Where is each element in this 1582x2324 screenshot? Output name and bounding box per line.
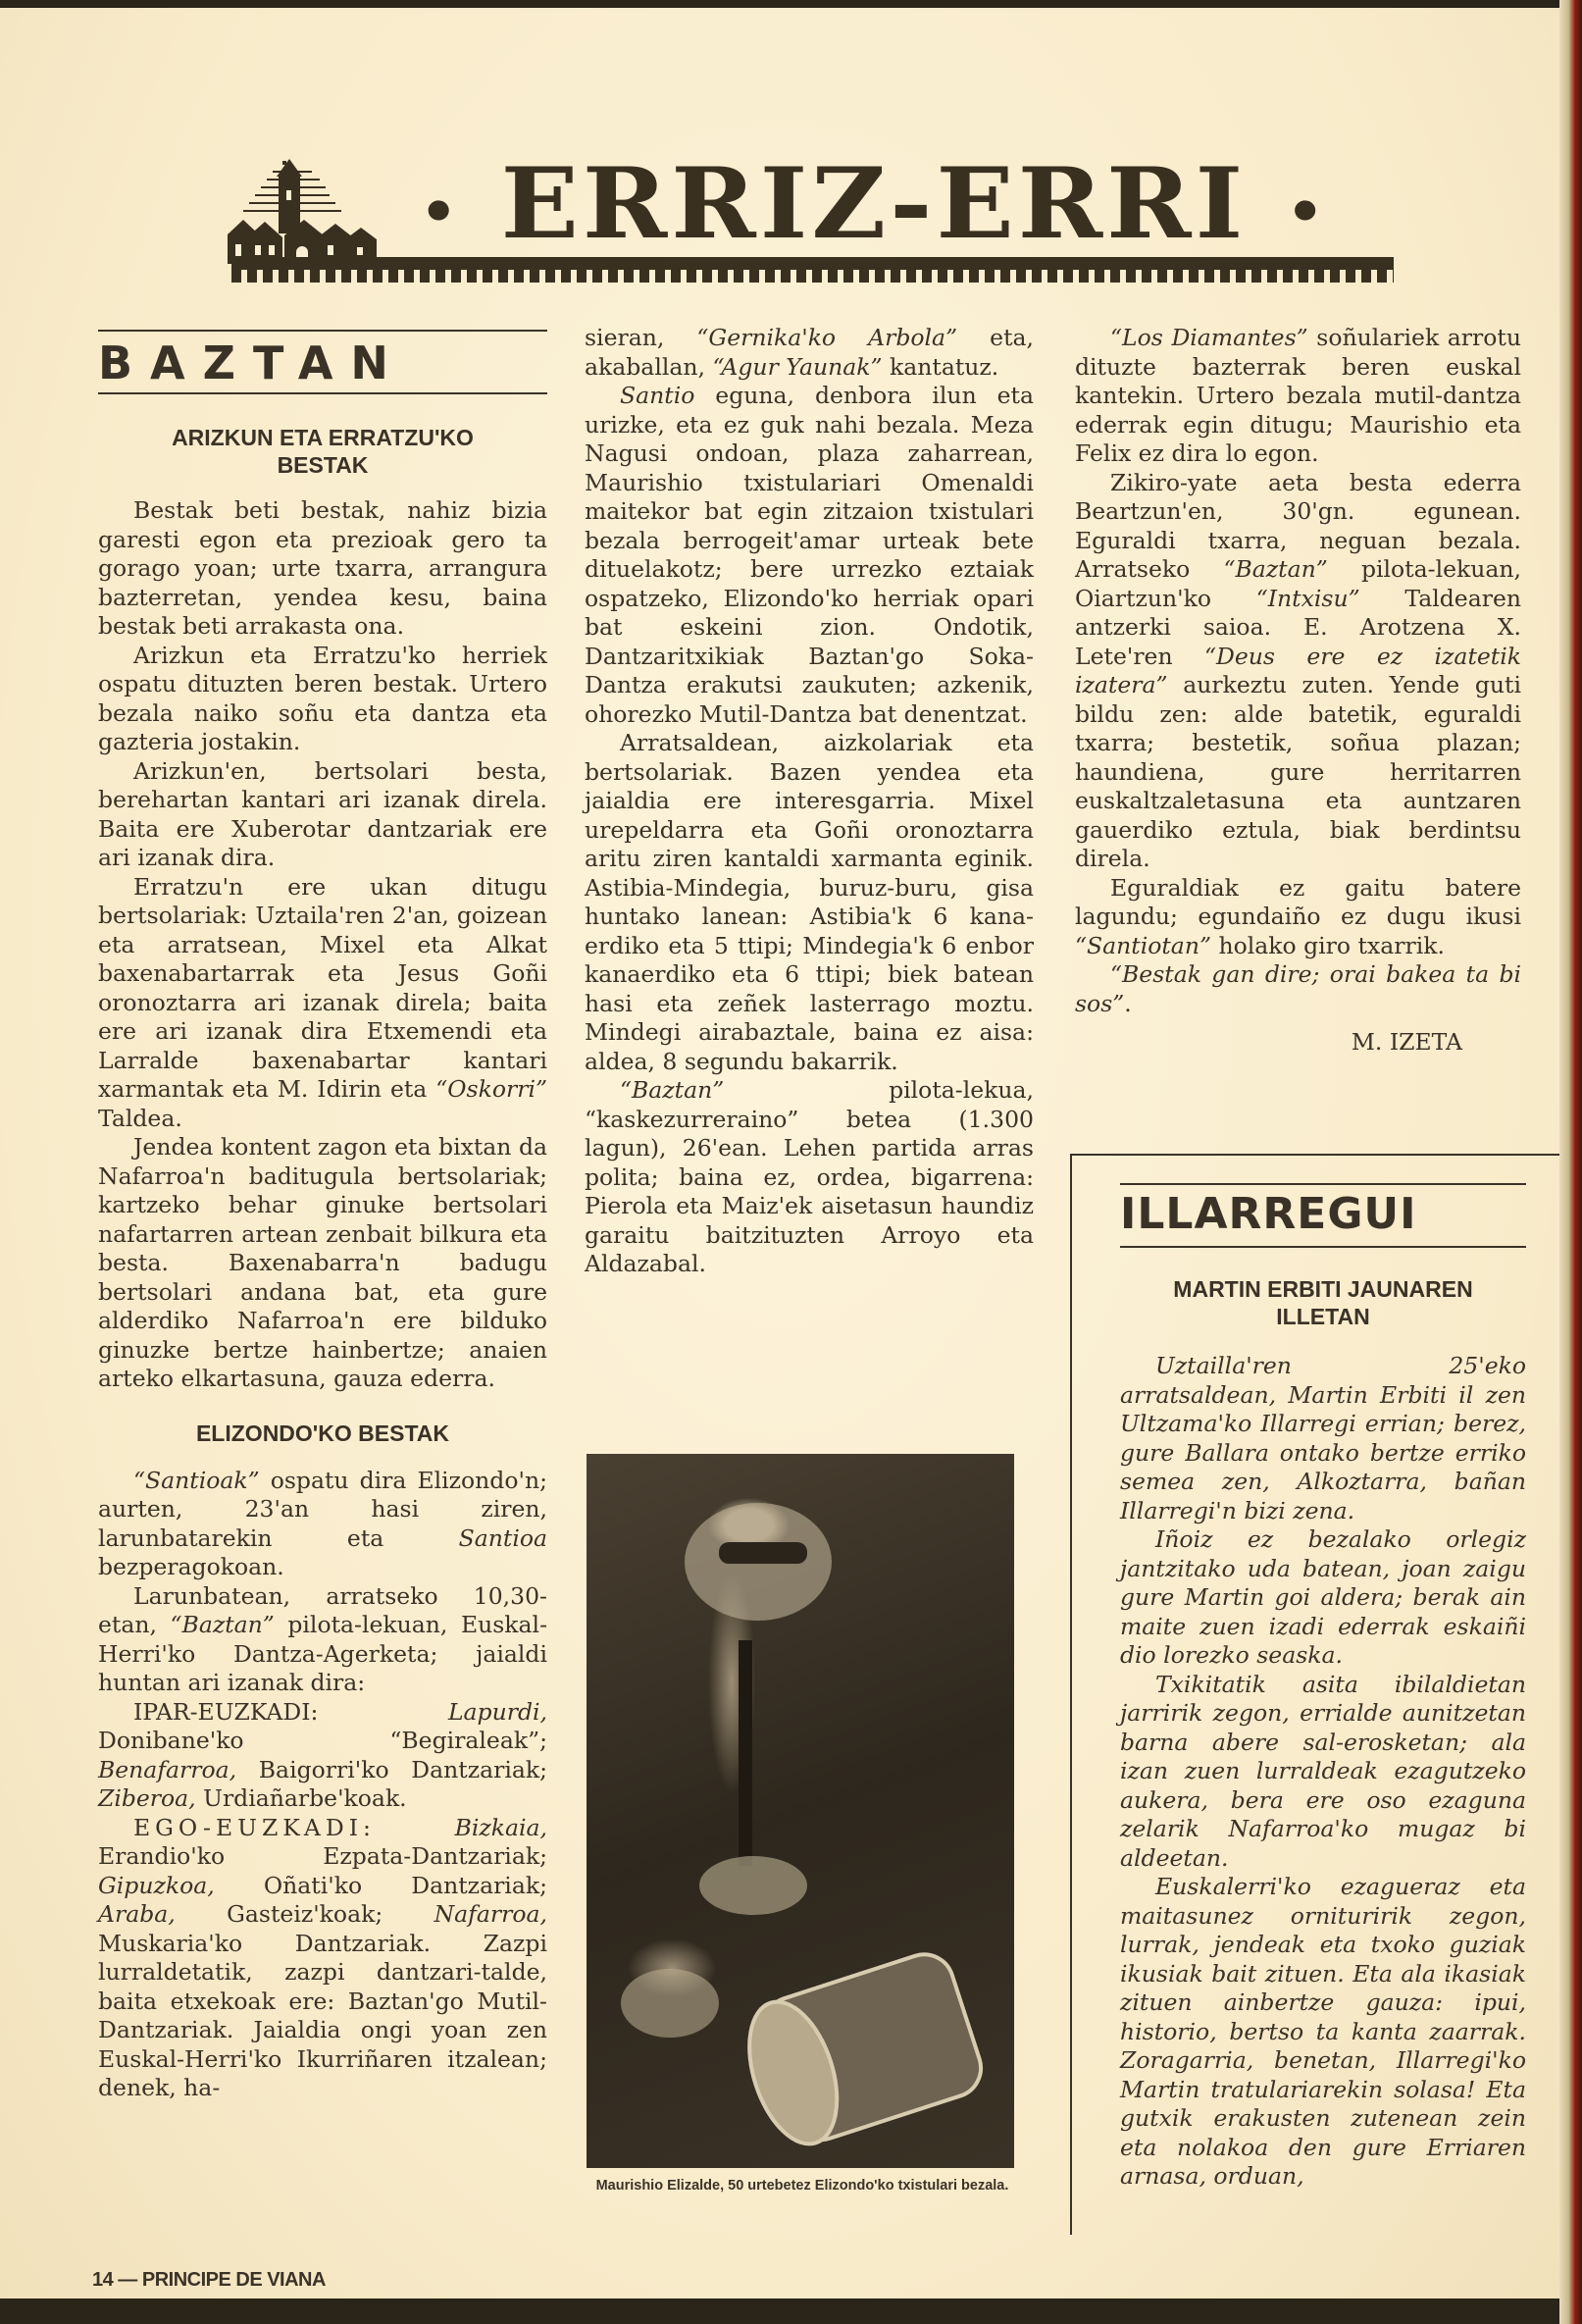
paragraph: Arizkun eta Erratzu'ko herriek ospatu di… <box>98 642 547 757</box>
italic-text: Txikitatik asita ibilaldietan jarririk z… <box>1120 1671 1526 1872</box>
italic-text: Santioa <box>459 1524 547 1552</box>
italic-text: “Baztan” <box>620 1076 724 1104</box>
text: EGO-EUZKADI: <box>133 1814 455 1841</box>
italic-text: Iñoiz ez bezalako orlegiz jantzitako uda… <box>1120 1525 1526 1669</box>
text: Muskaria'ko Dantzariak. Zazpi lurraldeta… <box>98 1930 547 2102</box>
masthead-title: • ERRIZ-ERRI • <box>420 156 1328 253</box>
bullet-dot-icon: • <box>1286 180 1327 245</box>
text: Taldea. <box>98 1105 182 1132</box>
text: Oñati'ko Dantzariak; <box>215 1872 547 1899</box>
text: Erratzu'n ere ukan ditugu bertsolariak: … <box>98 873 547 1104</box>
page-edge <box>1559 0 1582 2324</box>
section-title-baztan: BAZTAN <box>98 337 547 388</box>
section-rule <box>1120 1246 1526 1248</box>
italic-text: Ziberoa, <box>98 1784 196 1812</box>
article-headline: MARTIN ERBITI JAUNAREN ILLETAN <box>1120 1275 1526 1330</box>
paragraph: Eguraldiak ez gaitu batere lagundu; egun… <box>1075 874 1521 961</box>
paragraph: Bestak beti bestak, nahiz bizia garesti … <box>98 496 547 642</box>
text: Urdiañarbe'koak. <box>196 1784 407 1812</box>
paragraph: “Baztan” pilota-lekua, “kaskezurreraino”… <box>585 1076 1034 1279</box>
italic-text: “Agur Yaunak” <box>712 353 882 381</box>
right-column: “Los Diamantes” soñulariek arrotu dituzt… <box>1075 324 1521 1058</box>
italic-text: “Oskorri” <box>435 1075 547 1103</box>
masthead: • ERRIZ-ERRI • <box>224 131 1401 288</box>
italic-text: Lapurdi, <box>448 1698 547 1726</box>
text: Gasteiz'koak; <box>176 1900 434 1928</box>
italic-text: Araba, <box>98 1900 176 1928</box>
paragraph: Uztailla'ren 25'eko arratsaldean, Martin… <box>1120 1352 1526 1525</box>
paragraph: Jendea kontent zagon eta bixtan da Nafar… <box>98 1133 547 1394</box>
italic-text: Santio <box>620 382 694 409</box>
article-headline: ELIZONDO'KO BESTAK <box>98 1420 547 1447</box>
paragraph: Larunbatean, arratseko 10,30-etan, “Bazt… <box>98 1582 547 1698</box>
magazine-page: • ERRIZ-ERRI • BAZTAN ARIZKUN ETA ERRATZ… <box>0 8 1559 2298</box>
text: Donibane'ko “Begiraleak”; <box>98 1727 547 1754</box>
section-rule <box>1120 1183 1526 1185</box>
photo-image <box>587 1454 1014 2168</box>
text: . <box>1124 990 1131 1017</box>
paragraph: Zikiro-yate aeta besta ederra Beartzun'e… <box>1075 469 1521 874</box>
text: Erandio'ko Ezpata-Dantzariak; <box>98 1842 547 1870</box>
article-headline: ARIZKUN ETA ERRATZU'KO BESTAK <box>98 424 547 479</box>
text: bezperagokoan. <box>98 1553 284 1580</box>
italic-text: “Gernika'ko Arbola” <box>696 324 957 351</box>
illarregui-section: ILLARREGUI MARTIN ERBITI JAUNAREN ILLETA… <box>1120 1183 1526 2192</box>
text: kantatuz. <box>883 353 999 381</box>
italic-text: “Los Diamantes” <box>1110 324 1308 351</box>
paragraph: EGO-EUZKADI: Bizkaia, Erandio'ko Ezpata-… <box>98 1814 547 2103</box>
box-rule <box>1070 1154 1072 2235</box>
headline-line: ILLETAN <box>1120 1303 1526 1330</box>
italic-text: Benafarroa, <box>98 1756 236 1783</box>
text: Baigorri'ko Dantzariak; <box>236 1756 547 1783</box>
paragraph: Arizkun'en, bertsolari besta, berehartan… <box>98 757 547 873</box>
headline-line: MARTIN ERBITI JAUNAREN <box>1120 1275 1526 1303</box>
italic-text: Nafarroa, <box>434 1900 547 1928</box>
paragraph: Txikitatik asita ibilaldietan jarririk z… <box>1120 1671 1526 1874</box>
italic-text: Gipuzkoa, <box>98 1872 215 1899</box>
photo-caption: Maurishio Elizalde, 50 urtebetez Elizond… <box>569 2176 1036 2195</box>
paragraph: Santio eguna, denbora ilun eta urizke, e… <box>585 382 1034 729</box>
text: IPAR-EUZKADI: <box>133 1698 448 1726</box>
italic-text: “Bestak gan dire; orai bakea ta bi sos” <box>1075 960 1521 1017</box>
italic-text: Bizkaia, <box>455 1814 547 1841</box>
italic-text: “Santiotan” <box>1075 932 1211 959</box>
text: aurkeztu zuten. Yende guti bildu zen: al… <box>1075 671 1521 872</box>
section-rule <box>98 330 547 332</box>
text: holako giro txarrik. <box>1211 932 1445 959</box>
text: sieran, <box>585 324 696 351</box>
section-title-illarregui: ILLARREGUI <box>1120 1189 1526 1240</box>
paragraph: sieran, “Gernika'ko Arbola” eta, akaball… <box>585 324 1034 382</box>
box-rule <box>1070 1154 1582 1156</box>
italic-text: “Baztan” <box>1223 555 1327 583</box>
crenellated-rule <box>231 257 1394 283</box>
section-rule <box>98 392 547 394</box>
photo-txistulari-with-drum <box>587 1454 1014 2168</box>
italic-text: “Intxisu” <box>1256 585 1360 612</box>
italic-text: Uztailla'ren 25'eko arratsaldean, Martin… <box>1120 1352 1526 1524</box>
paragraph: “Santioak” ospatu dira Elizondo'n; aurte… <box>98 1467 547 1582</box>
paragraph: Arratsaldean, aizkolariak eta bertsolari… <box>585 729 1034 1076</box>
text: pilota-lekua, “kaskezurreraino” betea (1… <box>585 1076 1034 1277</box>
paragraph: “Los Diamantes” soñulariek arrotu dituzt… <box>1075 324 1521 469</box>
italic-text: “Santioak” <box>133 1467 260 1494</box>
text: Eguraldiak ez gaitu batere lagundu; egun… <box>1075 874 1521 931</box>
bullet-dot-icon: • <box>420 180 461 245</box>
paragraph: Iñoiz ez bezalako orlegiz jantzitako uda… <box>1120 1525 1526 1671</box>
paragraph: Euskalerri'ko ezagueraz eta maitasunez o… <box>1120 1873 1526 2192</box>
italic-text: Euskalerri'ko ezagueraz eta maitasunez o… <box>1120 1873 1526 2190</box>
paragraph: Erratzu'n ere ukan ditugu bertsolariak: … <box>98 873 547 1134</box>
author-signature: M. IZETA <box>1075 1028 1462 1058</box>
headline-line: ARIZKUN ETA ERRATZU'KO <box>98 424 547 451</box>
left-column: BAZTAN ARIZKUN ETA ERRATZU'KO BESTAK Bes… <box>98 330 547 2103</box>
middle-column: sieran, “Gernika'ko Arbola” eta, akaball… <box>585 324 1034 1279</box>
masthead-title-text: ERRIZ-ERRI <box>501 146 1248 261</box>
headline-line: BESTAK <box>98 451 547 479</box>
text: eguna, denbora ilun eta urizke, eta ez g… <box>585 382 1034 728</box>
paragraph: IPAR-EUZKADI: Lapurdi, Donibane'ko “Begi… <box>98 1698 547 1814</box>
paragraph: “Bestak gan dire; orai bakea ta bi sos”. <box>1075 960 1521 1018</box>
page-footer: 14 — PRINCIPE DE VIANA <box>92 2269 326 2292</box>
italic-text: “Baztan” <box>171 1611 275 1638</box>
